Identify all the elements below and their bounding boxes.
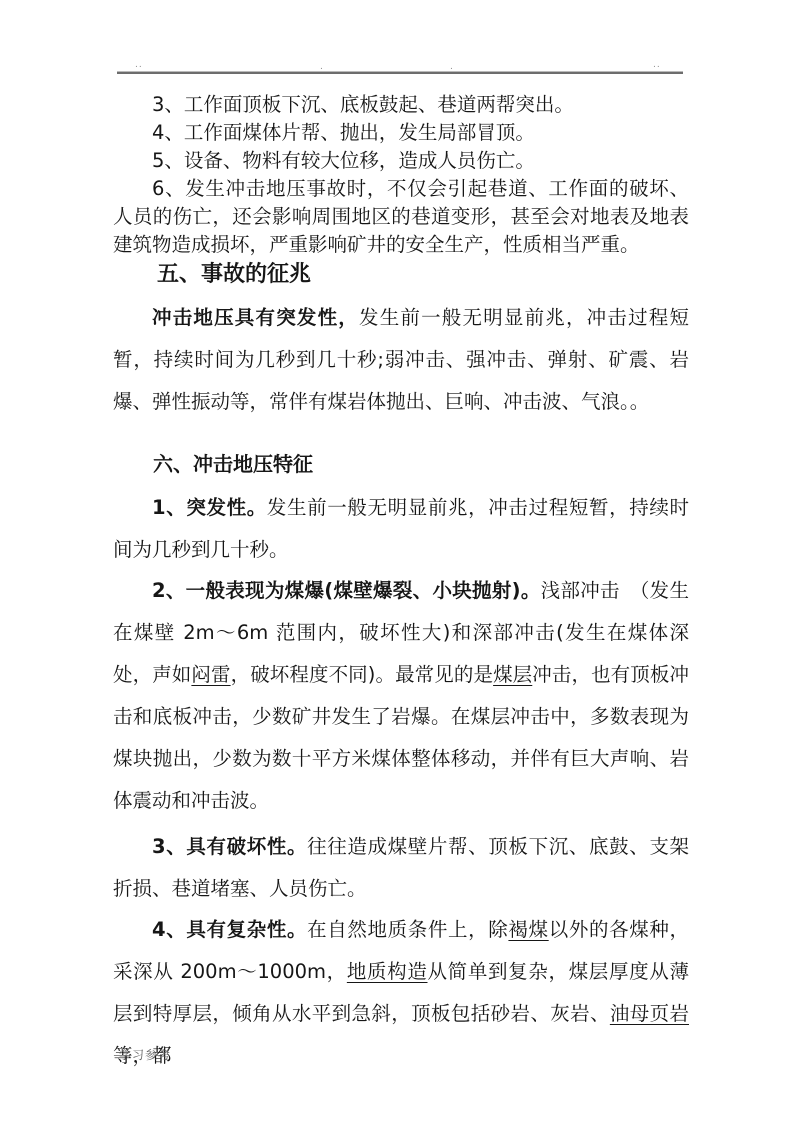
- paragraph-segment: 在自然地质条件上，除: [307, 918, 508, 941]
- underlined-term: 油母页岩: [610, 1002, 689, 1025]
- header-mark: ..: [653, 61, 661, 70]
- underlined-term: 地质构造: [347, 960, 428, 983]
- list-item-6: 6、发生冲击地压事故时，不仅会引起巷道、工作面的破坏、人员的伤亡，还会影响周围地…: [113, 175, 689, 259]
- bold-lead: 2、一般表现为煤爆(煤壁爆裂、小块抛射)。: [152, 579, 541, 602]
- paragraph-text: 3、具有破坏性。往往造成煤壁片帮、顶板下沉、底鼓、支架折损、巷道堵塞、人员伤亡。: [113, 826, 689, 910]
- paragraph-feature-4: 4、具有复杂性。在自然地质条件上，除褐煤以外的各煤种，采深从 200m～1000…: [113, 909, 689, 1077]
- paragraph-feature-2: 2、一般表现为煤爆(煤壁爆裂、小块抛射)。浅部冲击 （发生在煤壁 2m～6m 范…: [113, 570, 689, 822]
- list-item-3: 3、工作面顶板下沉、底板鼓起、巷道两帮突出。: [113, 91, 689, 119]
- bold-lead: 4、具有复杂性。: [152, 918, 307, 941]
- section-heading-six: 六、冲击地压特征: [113, 448, 689, 477]
- paragraph-text: 2、一般表现为煤爆(煤壁爆裂、小块抛射)。浅部冲击 （发生在煤壁 2m～6m 范…: [113, 570, 689, 822]
- header-rule: [117, 71, 683, 74]
- underlined-term: 煤层: [493, 663, 532, 686]
- paragraph-section5: 冲击地压具有突发性，发生前一般无明显前兆，冲击过程短暂，持续时间为几秒到几十秒;…: [113, 297, 689, 423]
- paragraph-segment: ，破坏程度不同)。最常见的是: [231, 663, 493, 686]
- bold-lead: 冲击地压具有突发性，: [152, 306, 359, 329]
- underlined-term: 褐煤: [508, 918, 548, 941]
- paragraph-text: 1、突发性。发生前一般无明显前兆，冲击过程短暂，持续时间为几秒到几十秒。: [113, 487, 689, 571]
- list-item-5: 5、设备、物料有较大位移，造成人员伤亡。: [113, 147, 689, 175]
- paragraph-feature-3: 3、具有破坏性。往往造成煤壁片帮、顶板下沉、底鼓、支架折损、巷道堵塞、人员伤亡。: [113, 826, 689, 910]
- footer-watermark: 学习参考: [119, 1046, 171, 1063]
- header-mark: ..: [135, 61, 143, 70]
- underlined-term: 闷雷: [191, 663, 230, 686]
- list-block: 3、工作面顶板下沉、底板鼓起、巷道两帮突出。 4、工作面煤体片帮、抛出，发生局部…: [113, 91, 689, 259]
- bold-lead: 3、具有破坏性。: [152, 835, 307, 858]
- paragraph-feature-1: 1、突发性。发生前一般无明显前兆，冲击过程短暂，持续时间为几秒到几十秒。: [113, 487, 689, 571]
- list-item-4: 4、工作面煤体片帮、抛出，发生局部冒顶。: [113, 119, 689, 147]
- section-heading-five: 五、事故的征兆: [113, 257, 689, 288]
- bold-lead: 1、突发性。: [152, 496, 267, 519]
- paragraph-text: 4、具有复杂性。在自然地质条件上，除褐煤以外的各煤种，采深从 200m～1000…: [113, 909, 689, 1077]
- document-page: .. . . .. 3、工作面顶板下沉、底板鼓起、巷道两帮突出。 4、工作面煤体…: [0, 0, 800, 1132]
- paragraph-text: 冲击地压具有突发性，发生前一般无明显前兆，冲击过程短暂，持续时间为几秒到几十秒;…: [113, 297, 689, 423]
